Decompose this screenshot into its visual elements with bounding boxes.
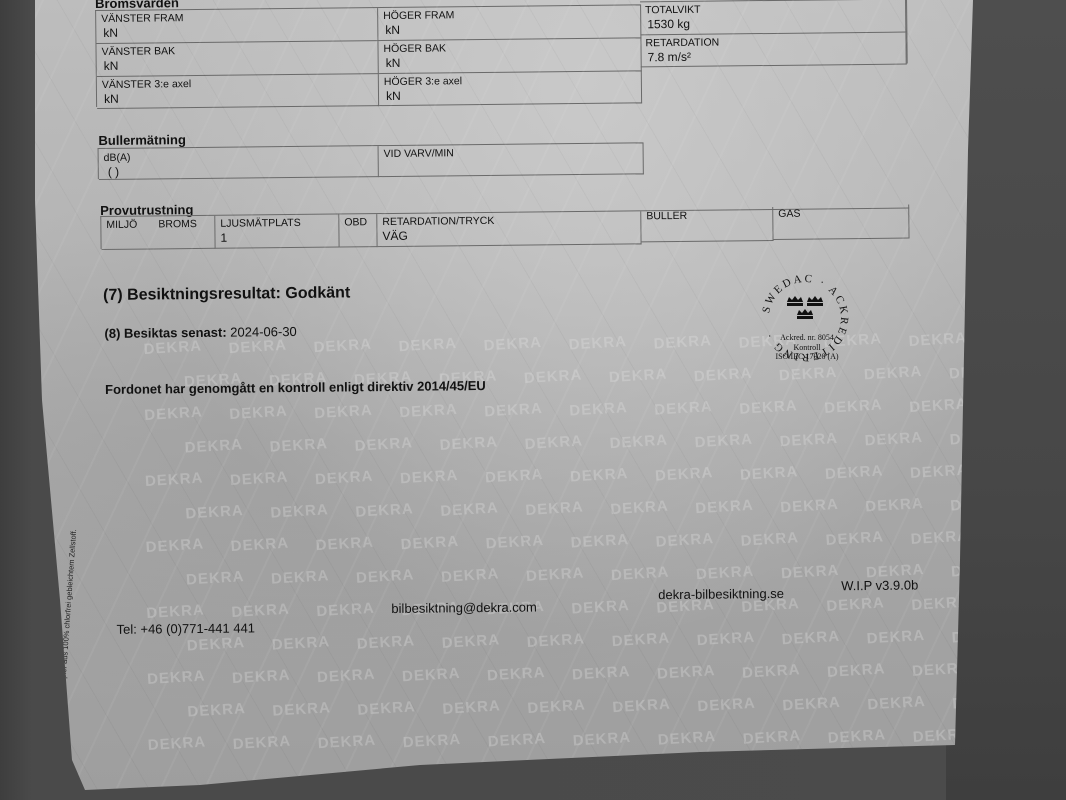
watermark-text: DEKRA: [781, 628, 840, 649]
watermark-text: DEKRA: [742, 661, 801, 682]
watermark-text: DEKRA: [402, 665, 461, 686]
watermark-text: DEKRA: [187, 700, 246, 721]
watermark-text: DEKRA: [865, 495, 924, 516]
cell-db: dB(A) ( ): [99, 146, 379, 180]
watermark-text: DEKRA: [144, 403, 203, 424]
cell-left-front: VÄNSTER FRAM kN: [96, 8, 378, 44]
watermark-text: DEKRA: [826, 594, 885, 615]
watermark-text: DEKRA: [523, 366, 582, 387]
cell-brake: BROMS: [153, 216, 215, 250]
watermark-text: DEKRA: [610, 498, 669, 519]
watermark-text: DEKRA: [186, 634, 245, 655]
cell-left-rear: VÄNSTER BAK kN: [96, 41, 378, 77]
watermark-text: DEKRA: [525, 498, 584, 519]
cell-obd: OBD: [339, 214, 377, 247]
watermark-text: DEKRA: [781, 562, 840, 583]
watermark-text: DEKRA: [866, 627, 925, 648]
watermark-text: DEKRA: [909, 395, 968, 416]
watermark-text: DEKRA: [864, 429, 923, 450]
cell-right-third-axle: HÖGER 3:e axel kN: [379, 71, 642, 106]
weight-retardation-table: TOTALVIKT 1530 kg RETARDATION 7.8 m/s²: [640, 0, 908, 66]
watermark-text: DEKRA: [653, 332, 712, 353]
version-label: W.I.P v3.9.0b: [841, 577, 918, 593]
watermark-text: DEKRA: [146, 601, 205, 622]
watermark-text: DEKRA: [230, 469, 289, 490]
watermark-text: DEKRA: [441, 631, 500, 652]
watermark-text: DEKRA: [824, 396, 883, 417]
email-address[interactable]: bilbesiktning@dekra.com: [391, 599, 537, 616]
watermark-text: DEKRA: [571, 597, 630, 618]
watermark-text: DEKRA: [608, 366, 667, 387]
cell-left-third-axle: VÄNSTER 3:e axel kN: [97, 74, 379, 109]
three-crowns-icon: [787, 296, 823, 319]
watermark-text: DEKRA: [313, 336, 372, 357]
watermark-text: DEKRA: [315, 468, 374, 489]
watermark-text: DEKRA: [440, 499, 499, 520]
next-inspection: (8) Besiktas senast: 2024-06-30: [104, 324, 296, 341]
watermark-text: DEKRA: [485, 466, 544, 487]
watermark-text: DEKRA: [186, 568, 245, 589]
watermark-text: DEKRA: [780, 496, 839, 517]
cell-retardation-pressure: RETARDATION/TRYCK VÄG: [377, 211, 641, 247]
label-gas: GAS: [773, 205, 908, 220]
watermark-text: DEKRA: [740, 463, 799, 484]
watermark-text: DEKRA: [231, 601, 290, 622]
watermark-text: DEKRA: [694, 431, 753, 452]
value-total-weight: 1530 kg: [640, 14, 905, 32]
watermark-text: DEKRA: [611, 630, 670, 651]
watermark-text: DEKRA: [863, 363, 922, 384]
cell-gas: GAS: [773, 205, 909, 240]
accreditation-details: Ackred. nr. 8054 Kontroll ISO/IEC 17020 …: [762, 333, 852, 362]
label-brake: BROMS: [153, 216, 214, 231]
watermark-text: DEKRA: [910, 461, 969, 482]
watermark-text: DEKRA: [356, 566, 415, 587]
watermark-text: DEKRA: [908, 329, 967, 350]
watermark-text: DEKRA: [399, 401, 458, 422]
value-left-front: kN: [96, 22, 377, 40]
watermark-text: DEKRA: [572, 663, 631, 684]
watermark-text: DEKRA: [357, 698, 416, 719]
watermark-text: DEKRA: [272, 699, 331, 720]
watermark-text: DEKRA: [147, 667, 206, 688]
watermark-text: DEKRA: [317, 666, 376, 687]
watermark-text: DEKRA: [827, 726, 886, 747]
cell-right-rear: HÖGER BAK kN: [378, 38, 641, 74]
watermark-text: DEKRA: [487, 730, 546, 751]
cell-rpm: VID VARV/MIN: [379, 143, 644, 177]
watermark-text: DEKRA: [145, 469, 204, 490]
value-retardation-pressure: VÄG: [377, 225, 640, 243]
watermark-text: DEKRA: [316, 600, 375, 621]
watermark-text: DEKRA: [314, 402, 373, 423]
value-left-rear: kN: [97, 55, 378, 73]
watermark-text: DEKRA: [654, 398, 713, 419]
watermark-text: DEKRA: [271, 567, 330, 588]
watermark-text: DEKRA: [526, 564, 585, 585]
watermark-text: DEKRA: [657, 728, 716, 749]
watermark-text: DEKRA: [867, 693, 926, 714]
equipment-table: MILJÖ BROMS LJUSMÄTPLATS 1 OBD RETARDATI…: [100, 208, 909, 249]
watermark-text: DEKRA: [609, 432, 668, 453]
watermark-text: DEKRA: [697, 695, 756, 716]
cell-total-weight: TOTALVIKT 1530 kg: [640, 0, 906, 35]
watermark-text: DEKRA: [270, 501, 329, 522]
watermark-text: DEKRA: [655, 530, 714, 551]
watermark-text: DEKRA: [572, 729, 631, 750]
watermark-text: DEKRA: [612, 696, 671, 717]
cell-retardation: RETARDATION 7.8 m/s²: [640, 33, 906, 68]
watermark-text: DEKRA: [269, 435, 328, 456]
value-retardation: 7.8 m/s²: [641, 47, 906, 65]
watermark-text: DEKRA: [185, 502, 244, 523]
watermark-text: DEKRA: [228, 337, 287, 358]
watermark-text: DEKRA: [611, 564, 670, 585]
watermark-text: DEKRA: [232, 667, 291, 688]
watermark-text: DEKRA: [827, 660, 886, 681]
watermark-text: DEKRA: [779, 430, 838, 451]
watermark-text: DEKRA: [742, 727, 801, 748]
watermark-text: DEKRA: [315, 534, 374, 555]
watermark-text: DEKRA: [524, 432, 583, 453]
watermark-text: DEKRA: [657, 662, 716, 683]
cell-noise-equipment: BULLER: [641, 207, 773, 242]
watermark-text: DEKRA: [485, 532, 544, 553]
watermark-text: DEKRA: [782, 694, 841, 715]
watermark-text: DEKRA: [695, 497, 754, 518]
watermark-text: DEKRA: [740, 529, 799, 550]
watermark-text: DEKRA: [568, 333, 627, 354]
watermark-text: DEKRA: [739, 397, 798, 418]
next-inspection-date: 2024-06-30: [230, 324, 297, 340]
noise-table: dB(A) ( ) VID VARV/MIN: [98, 142, 644, 179]
watermark-text: DEKRA: [317, 732, 376, 753]
watermark-text: DEKRA: [400, 467, 459, 488]
watermark-text: DEKRA: [145, 535, 204, 556]
section-title-noise: Bullermätning: [98, 132, 186, 148]
accreditation-number: Ackred. nr. 8054: [762, 333, 852, 343]
value-right-front: kN: [378, 19, 640, 37]
watermark-text: DEKRA: [230, 535, 289, 556]
label-noise-equipment: BULLER: [641, 207, 772, 222]
watermark-text: DEKRA: [184, 436, 243, 457]
watermark-text: DEKRA: [441, 565, 500, 586]
watermark-text: DEKRA: [483, 334, 542, 355]
accreditation-type: Kontroll: [762, 343, 852, 353]
watermark-text: DEKRA: [484, 400, 543, 421]
watermark-text: DEKRA: [825, 462, 884, 483]
watermark-text: DEKRA: [825, 528, 884, 549]
inspection-document: DEKRADEKRADEKRADEKRADEKRADEKRADEKRADEKRA…: [0, 0, 1066, 800]
watermark-text: DEKRA: [147, 733, 206, 754]
watermark-text: DEKRA: [355, 500, 414, 521]
cell-environment: MILJÖ: [101, 216, 153, 250]
value-right-rear: kN: [379, 52, 641, 70]
watermark-text: DEKRA: [526, 630, 585, 651]
watermark-text: DEKRA: [442, 697, 501, 718]
cell-right-front: HÖGER FRAM kN: [378, 5, 641, 41]
value-left-third-axle: kN: [97, 88, 378, 106]
watermark-text: DEKRA: [655, 464, 714, 485]
watermark-text: DEKRA: [143, 337, 202, 358]
watermark-text: DEKRA: [354, 434, 413, 455]
watermark-text: DEKRA: [402, 731, 461, 752]
watermark-text: DEKRA: [696, 563, 755, 584]
document-content: DEKRADEKRADEKRADEKRADEKRADEKRADEKRADEKRA…: [0, 0, 1066, 800]
watermark-text: DEKRA: [570, 531, 629, 552]
watermark-text: DEKRA: [487, 664, 546, 685]
watermark-text: DEKRA: [400, 533, 459, 554]
value-db: ( ): [99, 161, 378, 179]
directive-statement: Fordonet har genomgått en kontroll enlig…: [105, 378, 486, 397]
label-rpm: VID VARV/MIN: [379, 143, 643, 160]
value-light-measure: 1: [215, 229, 338, 245]
inspection-result-heading: (7) Besiktningsresultat: Godkänt: [103, 284, 350, 305]
brake-values-table: VÄNSTER FRAM kN HÖGER FRAM kN VÄNSTER BA…: [95, 4, 642, 107]
website-link[interactable]: dekra-bilbesiktning.se: [658, 586, 784, 602]
label-light-measure: LJUSMÄTPLATS: [215, 215, 338, 230]
accreditation-standard: ISO/IEC 17020 (A): [762, 352, 852, 362]
watermark-text: DEKRA: [696, 629, 755, 650]
phone-number: Tel: +46 (0)771-441 441: [117, 620, 256, 636]
watermark-text: DEKRA: [439, 433, 498, 454]
watermark-text: DEKRA: [527, 696, 586, 717]
label-environment: MILJÖ: [101, 216, 153, 231]
label-obd: OBD: [339, 214, 376, 228]
next-inspection-label: (8) Besiktas senast:: [104, 325, 226, 341]
watermark-text: DEKRA: [398, 335, 457, 356]
watermark-text: DEKRA: [232, 733, 291, 754]
watermark-text: DEKRA: [693, 365, 752, 386]
watermark-text: DEKRA: [570, 465, 629, 486]
watermark-text: DEKRA: [356, 632, 415, 653]
watermark-text: DEKRA: [229, 403, 288, 424]
cell-light-measure: LJUSMÄTPLATS 1: [215, 215, 339, 249]
watermark-text: DEKRA: [271, 633, 330, 654]
watermark-text: DEKRA: [569, 399, 628, 420]
value-right-third-axle: kN: [379, 85, 641, 103]
